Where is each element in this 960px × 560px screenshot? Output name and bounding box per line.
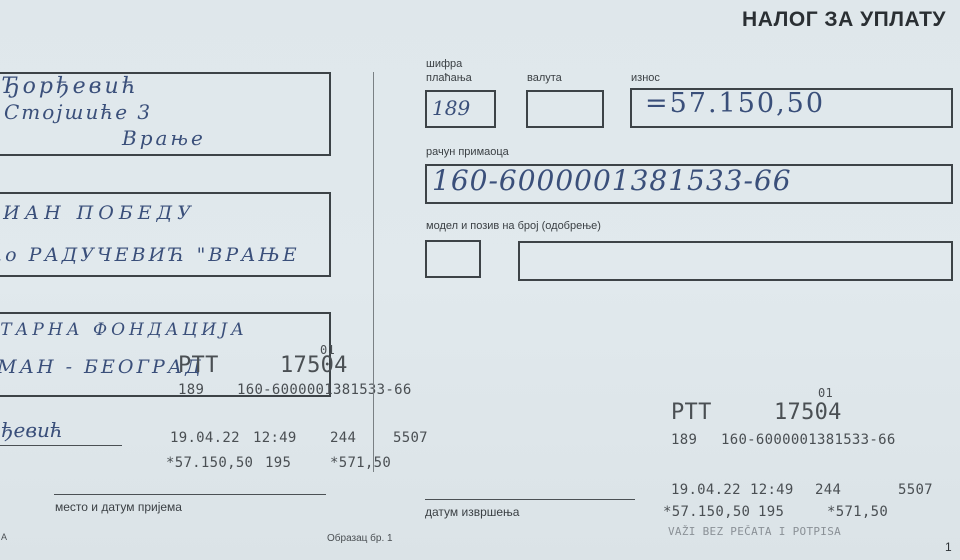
payer-city: Врање: [122, 126, 206, 150]
currency-field[interactable]: [526, 90, 604, 128]
stamp-left-time: 12:49: [253, 430, 297, 446]
stamp-left-office: PTT: [178, 353, 219, 378]
account-label: рачун примаоца: [426, 146, 509, 158]
received-line: [54, 494, 326, 495]
stamp-left-amount: *57.150,50: [166, 455, 253, 471]
payment-slip: НАЛОГ ЗА УПЛАТУ Ђорђевић Cтојшиће 3 Врањ…: [0, 0, 960, 560]
currency-label: валута: [527, 72, 562, 84]
stamp-right-time: 12:49: [750, 482, 794, 498]
stamp-right-amount: *57.150,50: [663, 504, 750, 520]
payment-code-value: 189: [432, 96, 470, 120]
payment-code-label-1: шифра: [426, 58, 462, 70]
stamp-right-account: 160-6000001381533-66: [721, 432, 896, 448]
form-number: Образац бр. 1: [327, 533, 393, 544]
stamp-left-office-code: 17504: [280, 353, 348, 378]
stamp-left-fee-code: 195: [265, 455, 291, 471]
stamp-right-num1: 244: [815, 482, 841, 498]
purpose-line1: ...ИАН ПОБЕДУ: [0, 202, 196, 224]
stamp-left-num1: 244: [330, 430, 356, 446]
stamp-right-fee-code: 195: [758, 504, 784, 520]
stamp-right-counter: 01: [818, 386, 833, 400]
stamp-left-date: 19.04.22: [170, 430, 240, 446]
stamp-right-note: VAŽI BEZ PEČATA I POTPISA: [668, 525, 841, 538]
stamp-right-fee: *571,50: [827, 504, 888, 520]
stamp-right-date: 19.04.22: [671, 482, 741, 498]
purpose-line2: ...о РАДУЧЕВИЋ "ВРАЊЕ: [0, 244, 300, 266]
payer-name: Ђорђевић: [2, 74, 139, 99]
page-number: 1: [945, 540, 952, 554]
received-label: место и датум пријема: [55, 500, 182, 514]
signature-line: [0, 445, 122, 446]
amount-value: =57.150,50: [645, 88, 825, 119]
stamp-left-line-code: 189: [178, 382, 204, 398]
payer-signature: ...ђевић: [0, 418, 63, 442]
executed-line: [425, 499, 635, 500]
stamp-left-num2: 5507: [393, 430, 428, 446]
stamp-left-fee: *571,50: [330, 455, 391, 471]
stamp-right-office: PTT: [671, 400, 712, 425]
model-label: модел и позив на број (одобрење): [426, 220, 601, 232]
vertical-divider: [373, 72, 374, 472]
payer-street: Cтојшиће 3: [4, 100, 152, 124]
reference-field[interactable]: [518, 241, 953, 281]
stamp-right-line-code: 189: [671, 432, 697, 448]
recipient-line1: ...ТАРНА ФОНДАЦИЈА: [0, 320, 248, 340]
account-value: 160-6000001381533-66: [432, 164, 792, 197]
stamp-left-account: 160-6000001381533-66: [237, 382, 412, 398]
model-field[interactable]: [425, 240, 481, 278]
amount-label: износ: [631, 72, 660, 84]
stamp-right-num2: 5507: [898, 482, 933, 498]
executed-label: датум извршења: [425, 505, 519, 519]
form-title: НАЛОГ ЗА УПЛАТУ: [742, 8, 946, 32]
recipient-line2: ...МАН - БЕОГРАД: [0, 356, 204, 378]
stamp-right-office-code: 17504: [774, 400, 842, 425]
left-edge-letter: А: [1, 532, 7, 542]
payment-code-label-2: плаћања: [426, 72, 472, 84]
